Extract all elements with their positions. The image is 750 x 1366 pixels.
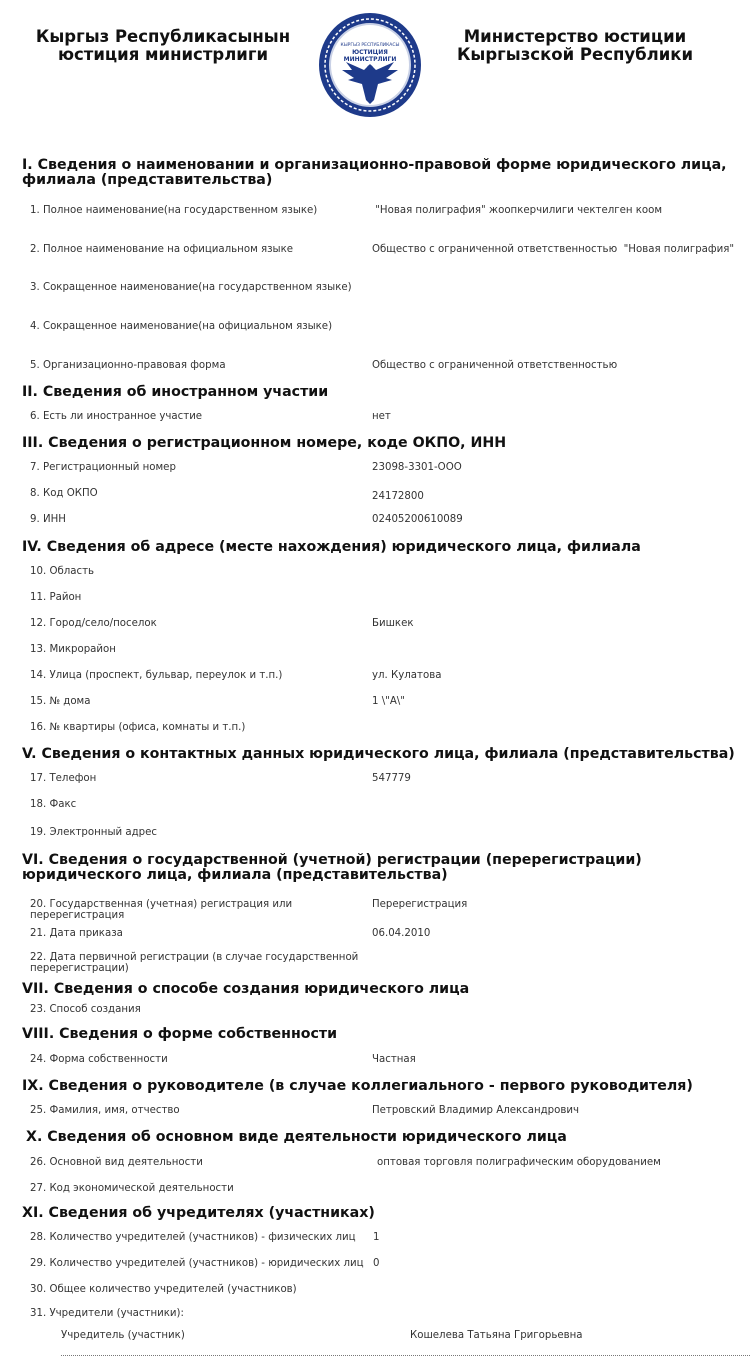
field-label: 29. Количество учредителей (участников) …	[30, 1258, 360, 1269]
field-label: 11. Район	[30, 592, 360, 603]
field-value: Петровский Владимир Александрович	[372, 1105, 579, 1116]
svg-text:ЮСТИЦИЯ: ЮСТИЦИЯ	[352, 49, 388, 56]
field-label: 3. Сокращенное наименование(на государст…	[30, 282, 360, 293]
field-label: 28. Количество учредителей (участников) …	[30, 1232, 360, 1243]
founder-name: Кошелева Татьяна Григорьевна	[410, 1330, 583, 1341]
field-value: 0	[373, 1258, 379, 1269]
field-value: 547779	[372, 773, 411, 784]
section-5-heading: V. Сведения о контактных данных юридичес…	[22, 747, 735, 762]
field-value: 06.04.2010	[372, 928, 430, 939]
field-label: 19. Электронный адрес	[30, 827, 360, 838]
header-russian-line2: Кыргызской Республики	[440, 46, 710, 64]
field-value: Бишкек	[372, 618, 414, 629]
field-label: 8. Код ОКПО	[30, 488, 360, 499]
section-7-heading: VII. Сведения о способе создания юридиче…	[22, 982, 469, 997]
section-3-heading: III. Сведения о регистрационном номере, …	[22, 436, 506, 451]
section-title-line: XI. Сведения об учредителях (участниках)	[22, 1206, 375, 1221]
field-label: 5. Организационно-правовая форма	[30, 360, 360, 371]
section-title-line: X. Сведения об основном виде деятельност…	[26, 1130, 567, 1145]
field-label: 13. Микрорайон	[30, 644, 360, 655]
field-value: Общество с ограниченной ответственностью…	[372, 244, 734, 255]
section-8-heading: VIII. Сведения о форме собственности	[22, 1027, 337, 1042]
field-label: 15. № дома	[30, 696, 360, 707]
section-title-line: II. Сведения об иностранном участии	[22, 385, 328, 400]
field-label: 22. Дата первичной регистрации (в случае…	[30, 952, 360, 974]
field-value: "Новая полиграфия" жоопкерчилиги чектелг…	[372, 205, 662, 216]
section-title-line: I. Сведения о наименовании и организацио…	[22, 158, 727, 173]
header-kyrgyz-line2: юстиция министрлиги	[22, 46, 304, 64]
field-label: 10. Область	[30, 566, 360, 577]
dotted-separator	[61, 1355, 750, 1356]
field-value: нет	[372, 411, 391, 422]
field-label: 14. Улица (проспект, бульвар, переулок и…	[30, 670, 360, 681]
field-label: 17. Телефон	[30, 773, 360, 784]
field-label: 16. № квартиры (офиса, комнаты и т.п.)	[30, 722, 360, 733]
field-label: 21. Дата приказа	[30, 928, 360, 939]
field-label: 7. Регистрационный номер	[30, 462, 360, 473]
section-6-heading: VI. Сведения о государственной (учетной)…	[22, 853, 642, 883]
section-title-line: V. Сведения о контактных данных юридичес…	[22, 747, 735, 762]
field-label: 9. ИНН	[30, 514, 360, 525]
field-value: Перерегистрация	[372, 899, 467, 910]
header-russian-line1: Министерство юстиции	[440, 28, 710, 46]
field-value: Частная	[372, 1054, 416, 1065]
section-title-line: VII. Сведения о способе создания юридиче…	[22, 982, 469, 997]
field-value: 1	[373, 1232, 379, 1243]
section-title-line: VI. Сведения о государственной (учетной)…	[22, 853, 642, 868]
section-9-heading: IX. Сведения о руководителе (в случае ко…	[22, 1079, 693, 1094]
field-label: 2. Полное наименование на официальном яз…	[30, 244, 360, 255]
svg-text:МИНИСТРЛИГИ: МИНИСТРЛИГИ	[344, 56, 397, 63]
field-value: 1 \"А\"	[372, 696, 405, 707]
section-title-line: филиала (представительства)	[22, 173, 727, 188]
header-kyrgyz-line1: Кыргыз Республикасынын	[22, 28, 304, 46]
section-2-heading: II. Сведения об иностранном участии	[22, 385, 328, 400]
field-label: 1. Полное наименование(на государственно…	[30, 205, 360, 216]
field-label: 27. Код экономической деятельности	[30, 1183, 360, 1194]
field-label: 23. Способ создания	[30, 1004, 360, 1015]
field-value: оптовая торговля полиграфическим оборудо…	[377, 1157, 661, 1168]
field-value: Общество с ограниченной ответственностью	[372, 360, 617, 371]
field-value: 24172800	[372, 491, 424, 502]
section-11-heading: XI. Сведения об учредителях (участниках)	[22, 1206, 375, 1221]
field-value: ул. Кулатова	[372, 670, 441, 681]
header-kyrgyz-title: Кыргыз Республикасынын юстиция министрли…	[22, 28, 304, 64]
field-label: 24. Форма собственности	[30, 1054, 360, 1065]
field-value: 02405200610089	[372, 514, 463, 525]
svg-text:КЫРГЫЗ РЕСПУБЛИКАСЫ: КЫРГЫЗ РЕСПУБЛИКАСЫ	[341, 42, 400, 48]
field-label: 4. Сокращенное наименование(на официальн…	[30, 321, 360, 332]
section-title-line: IX. Сведения о руководителе (в случае ко…	[22, 1079, 693, 1094]
section-title-line: IV. Сведения об адресе (месте нахождения…	[22, 540, 641, 555]
field-label: 18. Факс	[30, 799, 360, 810]
field-label: 26. Основной вид деятельности	[30, 1157, 360, 1168]
field-value: 23098-3301-ООО	[372, 462, 462, 473]
header-russian-title: Министерство юстиции Кыргызской Республи…	[440, 28, 710, 64]
section-title-line: VIII. Сведения о форме собственности	[22, 1027, 337, 1042]
field-label: 31. Учредители (участники):	[30, 1308, 360, 1319]
section-4-heading: IV. Сведения об адресе (месте нахождения…	[22, 540, 641, 555]
field-label: 20. Государственная (учетная) регистраци…	[30, 899, 310, 921]
section-title-line: III. Сведения о регистрационном номере, …	[22, 436, 506, 451]
section-10-heading: X. Сведения об основном виде деятельност…	[26, 1130, 567, 1145]
field-label: 12. Город/село/поселок	[30, 618, 360, 629]
founder-label: Учредитель (участник)	[61, 1330, 391, 1341]
section-title-line: юридического лица, филиала (представител…	[22, 868, 642, 883]
field-label: 25. Фамилия, имя, отчество	[30, 1105, 360, 1116]
field-label: 30. Общее количество учредителей (участн…	[30, 1284, 360, 1295]
section-1-heading: I. Сведения о наименовании и организацио…	[22, 158, 727, 188]
field-label: 6. Есть ли иностранное участие	[30, 411, 360, 422]
ministry-emblem-icon: КЫРГЫЗ РЕСПУБЛИКАСЫ ЮСТИЦИЯ МИНИСТРЛИГИ	[318, 12, 422, 118]
